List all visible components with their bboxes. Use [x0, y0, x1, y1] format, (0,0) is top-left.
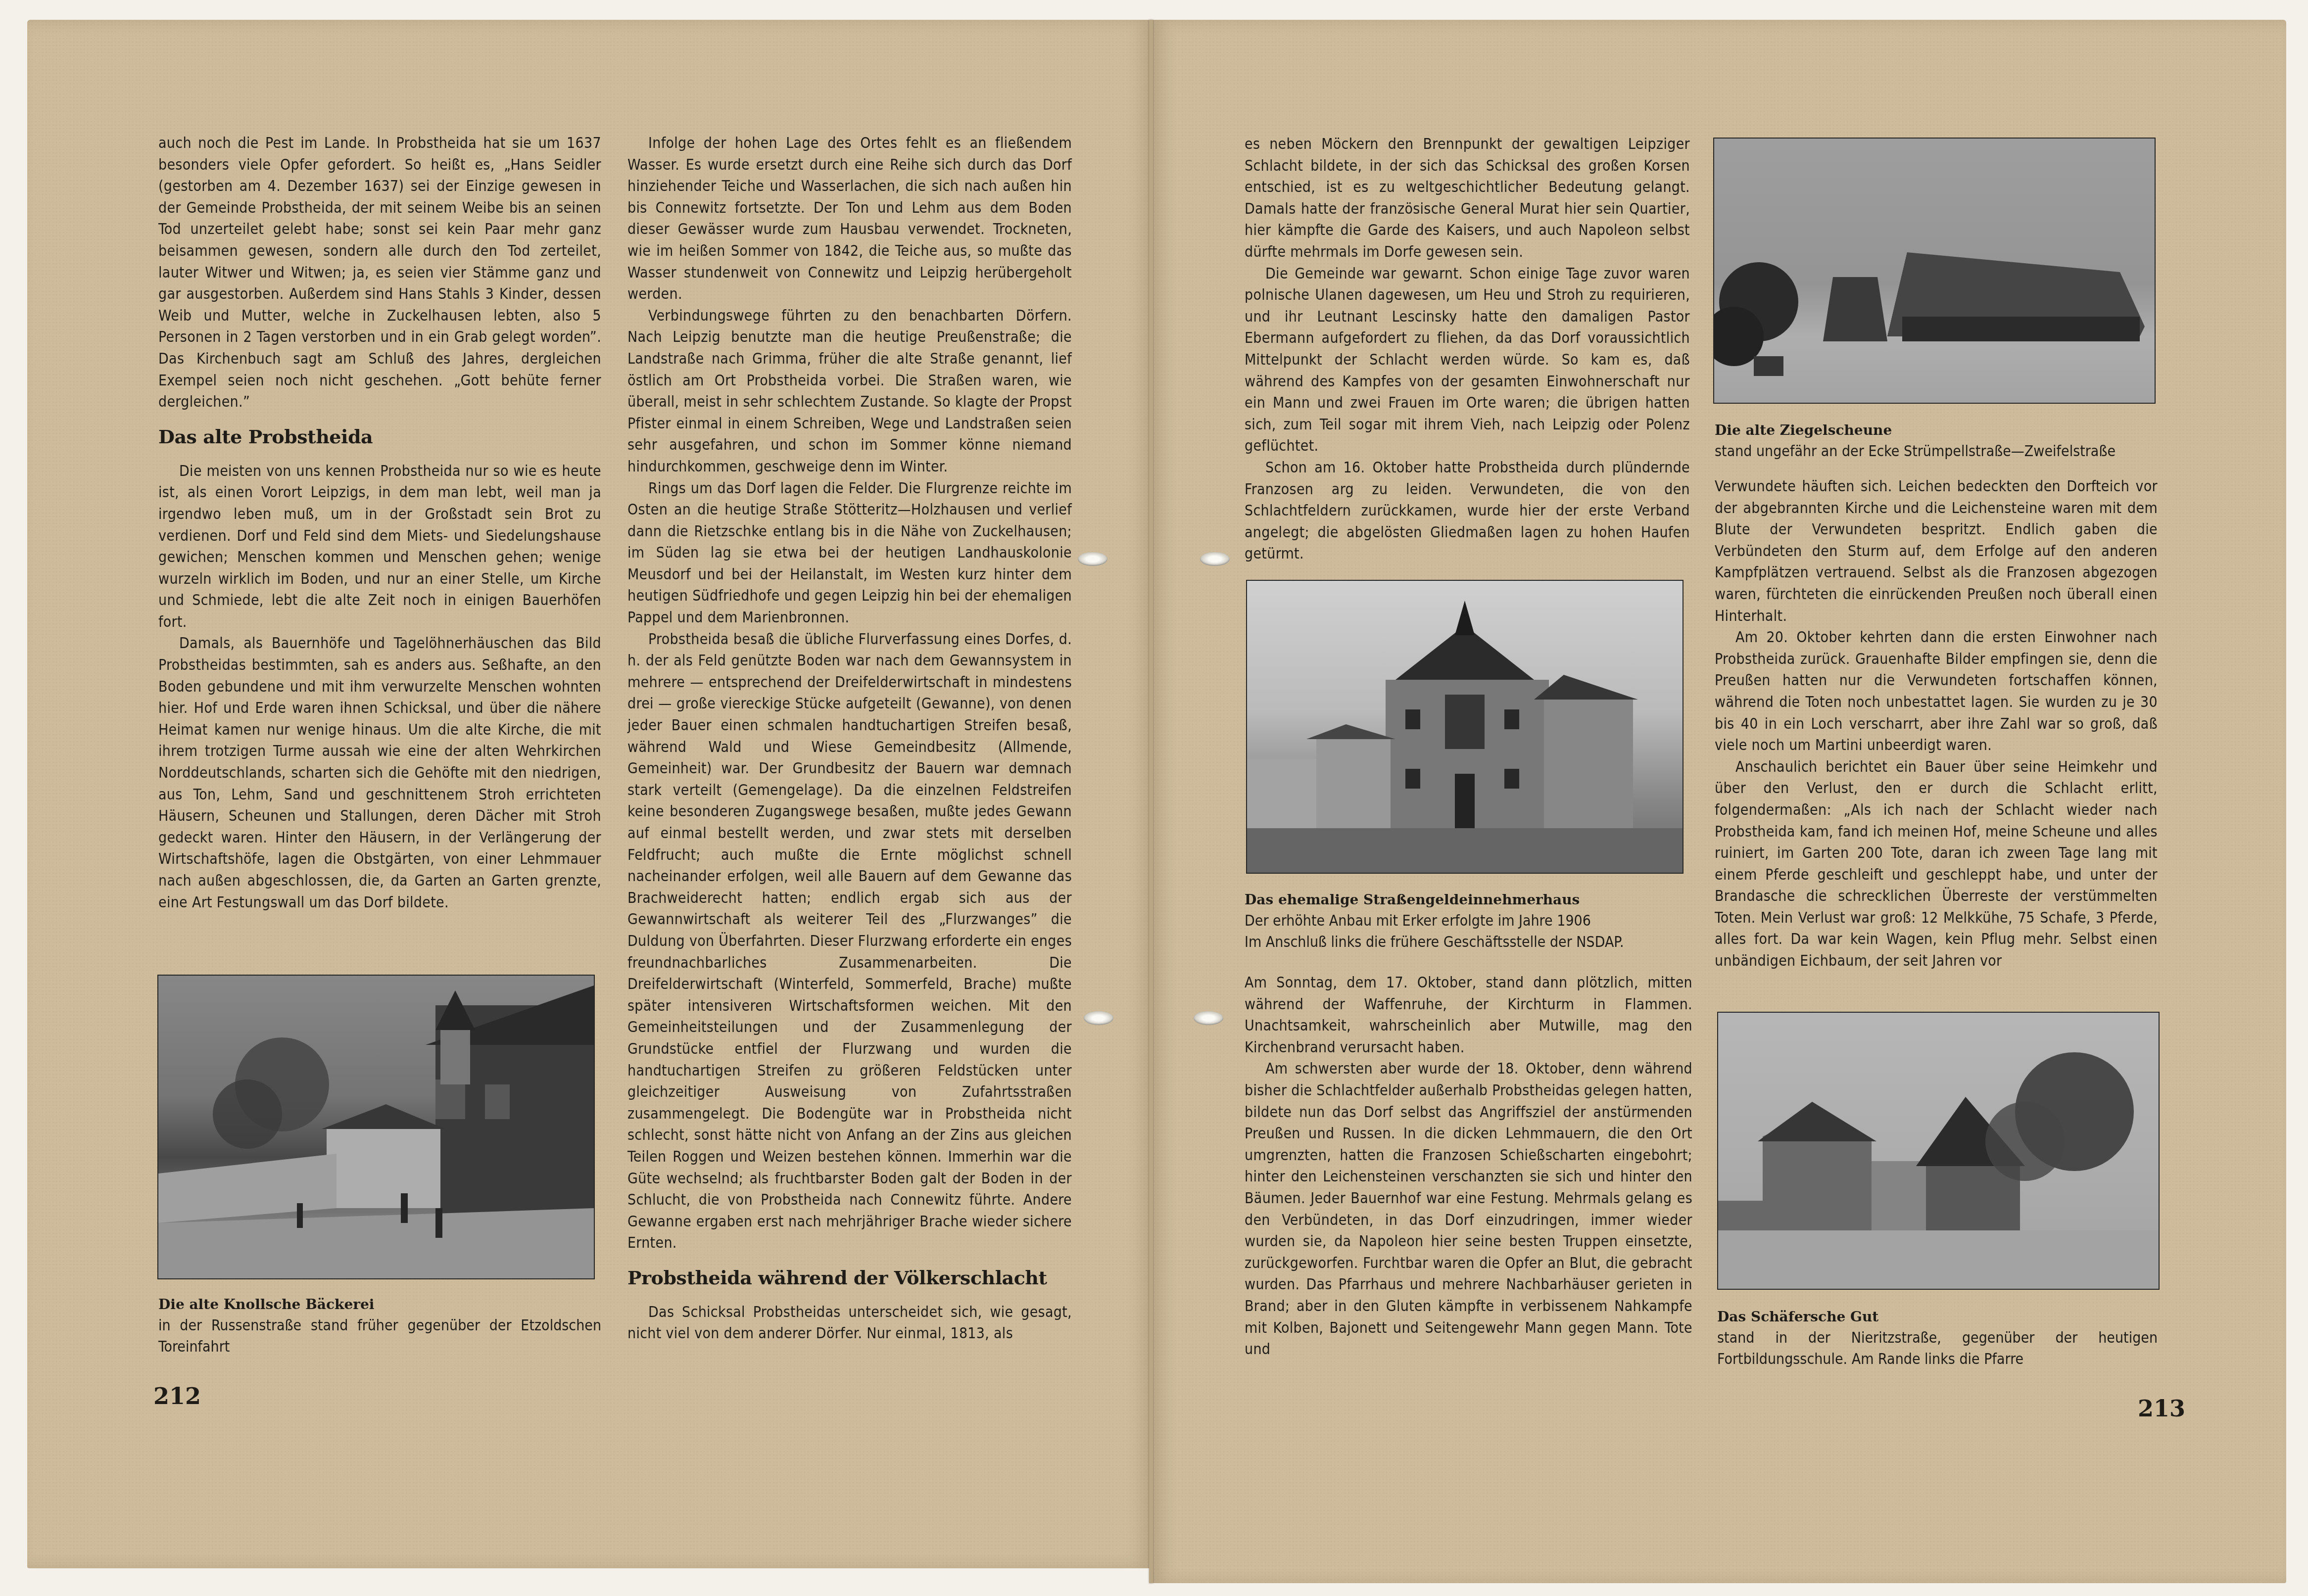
- paragraph: es neben Möckern den Brennpunkt der gewa…: [1245, 134, 1690, 263]
- photo-brick-barn: [1713, 138, 2156, 404]
- figure-caption: stand in der Nieritzstraße, gegenüber de…: [1717, 1327, 2158, 1370]
- right-column-2: Verwundete häuften sich. Leichen bedeckt…: [1715, 476, 2158, 972]
- paragraph: Verwundete häuften sich. Leichen bedeckt…: [1715, 476, 2158, 627]
- figure-caption-schaefer-estate: Das Schäfersche Gut stand in der Nieritz…: [1717, 1306, 2158, 1370]
- paragraph: Am 20. Oktober kehrten dann die ersten E…: [1715, 627, 2158, 756]
- figure-caption: stand ungefähr an der Ecke Strümpellstra…: [1715, 441, 2160, 462]
- figure-caption: in der Russenstraße stand früher gegenüb…: [158, 1315, 601, 1358]
- section-heading: Das alte Probstheida: [158, 422, 601, 452]
- paragraph: Anschaulich berichtet ein Bauer über sei…: [1715, 756, 2158, 972]
- paragraph: Damals, als Bauernhöfe und Tagelöhnerhäu…: [158, 633, 601, 913]
- figure-caption-brick-barn: Die alte Ziegelscheune stand ungefähr an…: [1715, 420, 2160, 462]
- toll-house-illustration: [1247, 581, 1683, 873]
- barn-illustration: [1714, 139, 2155, 403]
- staple-hole: [1200, 552, 1230, 566]
- paragraph: Infolge der hohen Lage des Ortes fehlt e…: [627, 133, 1072, 305]
- figure-caption-line: Der erhöhte Anbau mit Erker erfolgte im …: [1245, 910, 1690, 932]
- figure-caption-toll-house: Das ehemalige Straßengeldeinnehmerhaus D…: [1245, 889, 1690, 953]
- paragraph: auch noch die Pest im Lande. In Probsthe…: [158, 133, 601, 413]
- figure-caption-line: Im Anschluß links die frühere Geschäftss…: [1245, 932, 1690, 953]
- page-number: 213: [2138, 1395, 2185, 1422]
- photo-toll-house: [1246, 580, 1683, 874]
- photo-bakery: [157, 975, 595, 1279]
- paragraph: Am Sonntag, dem 17. Oktober, stand dann …: [1245, 972, 1692, 1058]
- photo-schaefer-estate: [1717, 1012, 2160, 1290]
- section-heading: Probstheida während der Völkerschlacht: [627, 1263, 1072, 1293]
- paragraph: Rings um das Dorf lagen die Felder. Die …: [627, 478, 1072, 629]
- right-column-1-top: es neben Möckern den Brennpunkt der gewa…: [1245, 134, 1690, 565]
- staple-hole: [1084, 1011, 1113, 1025]
- staple-hole: [1078, 552, 1107, 566]
- page-number: 212: [153, 1383, 201, 1409]
- paragraph: Die Gemeinde war gewarnt. Schon einige T…: [1245, 263, 1690, 457]
- paragraph: Verbindungswege führten zu den benachbar…: [627, 305, 1072, 478]
- paragraph: Die meisten von uns kennen Probstheida n…: [158, 461, 601, 633]
- figure-caption-bakery: Die alte Knollsche Bäckerei in der Russe…: [158, 1294, 601, 1358]
- paragraph: Das Schicksal Probstheidas unterscheidet…: [627, 1302, 1072, 1345]
- right-column-1-bottom: Am Sonntag, dem 17. Oktober, stand dann …: [1245, 972, 1692, 1361]
- church-street-illustration: [158, 976, 594, 1278]
- figure-title: Das ehemalige Straßengeldeinnehmerhaus: [1245, 889, 1690, 910]
- paragraph: Am schwersten aber wurde der 18. Oktober…: [1245, 1058, 1692, 1360]
- farmstead-illustration: [1718, 1013, 2159, 1289]
- staple-hole: [1194, 1011, 1223, 1025]
- left-column-1: auch noch die Pest im Lande. In Probsthe…: [158, 133, 601, 913]
- paragraph: Schon am 16. Oktober hatte Probstheida d…: [1245, 457, 1690, 565]
- figure-title: Das Schäfersche Gut: [1717, 1306, 2158, 1327]
- figure-title: Die alte Knollsche Bäckerei: [158, 1294, 601, 1315]
- paragraph: Probstheida besaß die übliche Flurverfas…: [627, 629, 1072, 1254]
- binding-fold: [1149, 20, 1153, 1583]
- figure-title: Die alte Ziegelscheune: [1715, 420, 2160, 441]
- left-column-2: Infolge der hohen Lage des Ortes fehlt e…: [627, 133, 1072, 1345]
